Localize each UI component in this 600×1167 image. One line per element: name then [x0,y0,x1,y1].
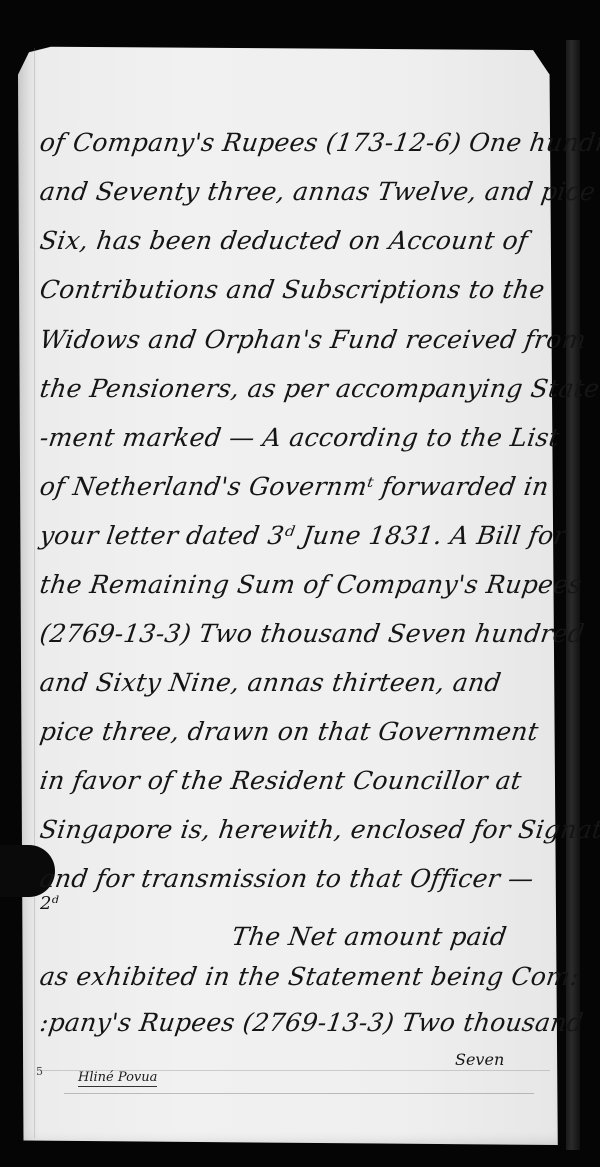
text-line: of Company's Rupees (173-12-6) One hundr… [38,128,600,157]
text-line: and Sixty Nine, annas thirteen, and [38,668,503,697]
paragraph-number: 2ᵈ [40,893,59,914]
text-line: The Net amount paid [230,922,509,951]
text-line: -ment marked — A according to the List [38,423,561,452]
text-line: :pany's Rupees (2769-13-3) Two thousand [38,1008,585,1037]
text-line: Widows and Orphan's Fund received from [38,325,588,354]
catchword: Seven [455,1050,504,1069]
handwritten-text-body: of Company's Rupees (173-12-6) One hundr… [0,0,600,1167]
text-line: your letter dated 3ᵈ June 1831. A Bill f… [38,521,568,550]
footer-rule [64,1093,534,1094]
text-line: pice three, drawn on that Government [38,717,540,746]
text-line: the Remaining Sum of Company's Rupees [38,570,584,599]
text-line: as exhibited in the Statement being Com: [38,962,581,991]
text-line: Six, has been deducted on Account of [38,226,530,255]
text-line: in favor of the Resident Councillor at [38,766,523,795]
corner-mark: 5 [36,1065,43,1078]
text-line: Singapore is, herewith, enclosed for Sig… [38,815,600,844]
text-line: and for transmission to that Officer — [38,864,536,893]
text-line: the Pensioners, as per accompanying Stat… [38,374,600,403]
text-line: Contributions and Subscriptions to the [38,275,547,304]
clerk-signature: Hliné Povua [78,1070,157,1087]
text-line: (2769-13-3) Two thousand Seven hundred [38,619,586,648]
text-line: and Seventy three, annas Twelve, and pic… [38,177,597,206]
text-line: of Netherland's Governmᵗ forwarded in [38,472,551,501]
